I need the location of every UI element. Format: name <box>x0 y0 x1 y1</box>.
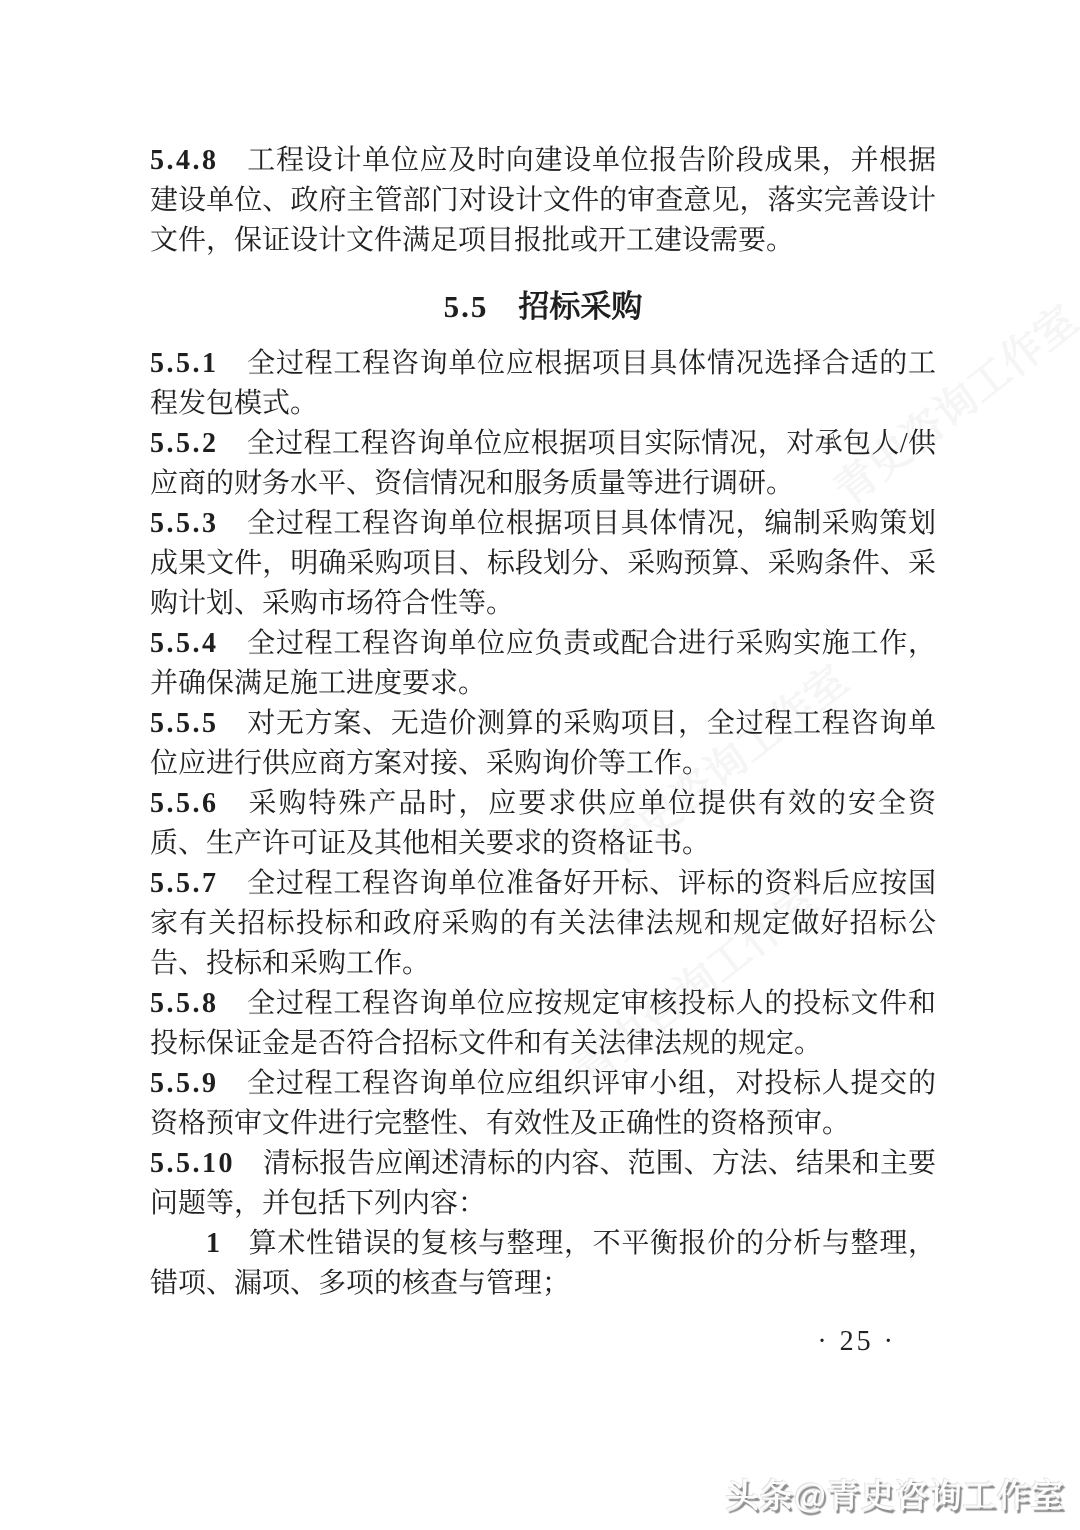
section-heading-title: 招标采购 <box>518 289 642 324</box>
toutiao-watermark: 头条@青史咨询工作室 <box>726 1470 1065 1517</box>
clause-number: 5.5.1 <box>150 348 219 379</box>
clause-5-5-7: 5.5.7全过程工程咨询单位准备好开标、评标的资料后应按国家有关招标投标和政府采… <box>150 864 936 984</box>
clause-number: 5.5.10 <box>150 1148 235 1179</box>
clause-text: 采购特殊产品时，应要求供应单位提供有效的安全资质、生产许可证及其他相关要求的资格… <box>150 788 936 859</box>
clause-number: 5.5.9 <box>150 1068 219 1099</box>
document-page: 5.4.8工程设计单位应及时向建设单位报告阶段成果，并根据建设单位、政府主管部门… <box>0 0 1080 1530</box>
clause-5-5-4: 5.5.4全过程工程咨询单位应负责或配合进行采购实施工作，并确保满足施工进度要求… <box>150 624 936 704</box>
clause-text: 全过程工程咨询单位应按规定审核投标人的投标文件和投标保证金是否符合招标文件和有关… <box>150 988 936 1059</box>
clause-number: 5.5.5 <box>150 708 219 739</box>
section-heading-5-5: 5.5招标采购 <box>150 287 936 327</box>
clause-text: 全过程工程咨询单位应组织评审小组，对投标人提交的资格预审文件进行完整性、有效性及… <box>150 1068 936 1139</box>
page-number: · 25 · <box>150 1326 936 1358</box>
clause-5-5-5: 5.5.5对无方案、无造价测算的采购项目，全过程工程咨询单位应进行供应商方案对接… <box>150 704 936 784</box>
clause-text: 全过程工程咨询单位根据项目具体情况，编制采购策划成果文件，明确采购项目、标段划分… <box>150 508 936 619</box>
clause-number: 5.5.2 <box>150 428 219 459</box>
clause-text: 全过程工程咨询单位准备好开标、评标的资料后应按国家有关招标投标和政府采购的有关法… <box>150 868 936 979</box>
clause-5-5-9: 5.5.9全过程工程咨询单位应组织评审小组，对投标人提交的资格预审文件进行完整性… <box>150 1064 936 1144</box>
clause-number: 5.5.8 <box>150 988 219 1019</box>
clause-5-5-10: 5.5.10清标报告应阐述清标的内容、范围、方法、结果和主要问题等，并包括下列内… <box>150 1144 936 1224</box>
clause-5-5-6: 5.5.6采购特殊产品时，应要求供应单位提供有效的安全资质、生产许可证及其他相关… <box>150 784 936 864</box>
clause-5-5-3: 5.5.3全过程工程咨询单位根据项目具体情况，编制采购策划成果文件，明确采购项目… <box>150 504 936 624</box>
clause-text: 全过程工程咨询单位应根据项目具体情况选择合适的工程发包模式。 <box>150 348 936 419</box>
clause-text: 对无方案、无造价测算的采购项目，全过程工程咨询单位应进行供应商方案对接、采购询价… <box>150 708 936 779</box>
document-body: 5.4.8工程设计单位应及时向建设单位报告阶段成果，并根据建设单位、政府主管部门… <box>150 141 936 1304</box>
clause-text: 全过程工程咨询单位应根据项目实际情况，对承包人/供应商的财务水平、资信情况和服务… <box>150 428 936 499</box>
clause-text: 工程设计单位应及时向建设单位报告阶段成果，并根据建设单位、政府主管部门对设计文件… <box>150 145 936 256</box>
list-item-number: 1 <box>206 1228 220 1259</box>
clause-number: 5.4.8 <box>150 145 219 176</box>
clause-number: 5.5.3 <box>150 508 219 539</box>
clause-number: 5.5.6 <box>150 788 219 819</box>
list-item-1: 1算术性错误的复核与整理，不平衡报价的分析与整理，错项、漏项、多项的核查与管理； <box>150 1224 936 1304</box>
clause-text: 清标报告应阐述清标的内容、范围、方法、结果和主要问题等，并包括下列内容： <box>150 1148 936 1219</box>
clause-5-5-1: 5.5.1全过程工程咨询单位应根据项目具体情况选择合适的工程发包模式。 <box>150 344 936 424</box>
clause-number: 5.5.4 <box>150 628 219 659</box>
clause-number: 5.5.7 <box>150 868 219 899</box>
section-heading-number: 5.5 <box>444 289 489 324</box>
clause-text: 全过程工程咨询单位应负责或配合进行采购实施工作，并确保满足施工进度要求。 <box>150 628 936 699</box>
clause-5-5-8: 5.5.8全过程工程咨询单位应按规定审核投标人的投标文件和投标保证金是否符合招标… <box>150 984 936 1064</box>
clause-5-5-2: 5.5.2全过程工程咨询单位应根据项目实际情况，对承包人/供应商的财务水平、资信… <box>150 424 936 504</box>
clause-5-4-8: 5.4.8工程设计单位应及时向建设单位报告阶段成果，并根据建设单位、政府主管部门… <box>150 141 936 261</box>
list-item-text: 算术性错误的复核与整理，不平衡报价的分析与整理，错项、漏项、多项的核查与管理； <box>150 1228 936 1299</box>
